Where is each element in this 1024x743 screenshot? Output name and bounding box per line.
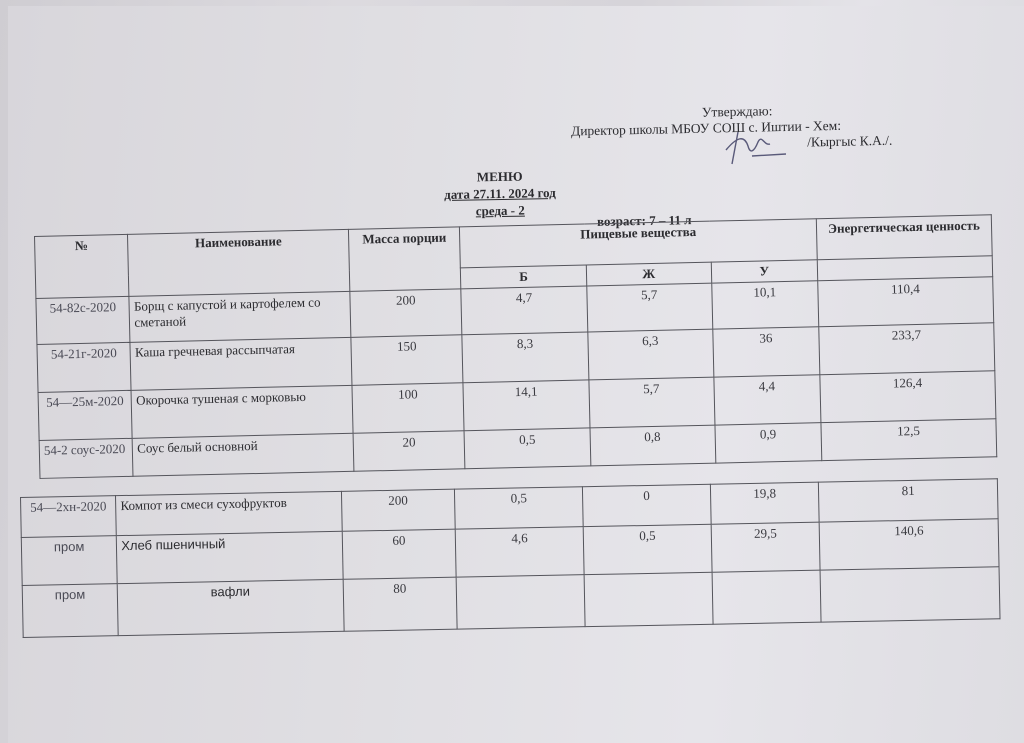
cell-mass: 20 bbox=[353, 431, 465, 472]
cell-name: Соус белый основной bbox=[132, 433, 353, 476]
cell-mass: 200 bbox=[350, 289, 462, 338]
cell-b: 4,7 bbox=[461, 286, 587, 335]
cell-name: Хлеб пшеничный bbox=[117, 531, 343, 583]
cell-mass: 100 bbox=[352, 383, 464, 434]
col-header-energy: Энергетическая ценность bbox=[816, 215, 992, 260]
cell-code: 54-82с-2020 bbox=[36, 296, 130, 344]
cell-energy: 110,4 bbox=[818, 277, 994, 327]
menu-table: № Наименование Масса порции Пищевые веще… bbox=[34, 214, 997, 479]
col-header-name: Наименование bbox=[128, 229, 350, 296]
cell-zh bbox=[584, 572, 713, 626]
cell-zh: 0,8 bbox=[590, 425, 716, 466]
title-block: МЕНЮ дата 27.11. 2024 год среда - 2 bbox=[410, 166, 591, 220]
cell-u: 4,4 bbox=[714, 375, 821, 425]
cell-code: пром bbox=[21, 536, 117, 586]
cell-zh: 0,5 bbox=[583, 524, 712, 574]
cell-code: 54—25м-2020 bbox=[38, 390, 132, 440]
cell-zh: 0 bbox=[583, 484, 712, 526]
cell-u: 0,9 bbox=[715, 423, 822, 463]
cell-name: вафли bbox=[117, 579, 343, 635]
cell-code: 54-2 соус-2020 bbox=[39, 438, 133, 478]
cell-name: Каша гречневая рассыпчатая bbox=[130, 337, 352, 390]
col-header-u: У bbox=[711, 260, 818, 283]
cell-b: 0,5 bbox=[464, 428, 590, 469]
col-header-mass: Масса порции bbox=[348, 227, 461, 292]
cell-code: 54-21г-2020 bbox=[37, 342, 131, 392]
cell-name: Окорочка тушеная с морковью bbox=[131, 385, 353, 438]
col-header-b: Б bbox=[461, 265, 587, 289]
cell-zh: 5,7 bbox=[586, 283, 712, 332]
cell-b: 14,1 bbox=[463, 380, 589, 431]
cell-code: 54—2хн-2020 bbox=[21, 496, 117, 538]
cell-u bbox=[712, 570, 821, 624]
cell-b: 0,5 bbox=[455, 487, 584, 529]
cell-mass: 60 bbox=[342, 529, 457, 579]
cell-energy: 126,4 bbox=[820, 371, 996, 423]
menu-day: среда - 2 bbox=[410, 200, 590, 220]
cell-zh: 6,3 bbox=[587, 329, 713, 380]
cell-u: 29,5 bbox=[711, 522, 820, 572]
cell-energy: 81 bbox=[819, 479, 999, 522]
cell-b: 4,6 bbox=[456, 527, 585, 577]
cell-u: 36 bbox=[713, 327, 820, 377]
cell-energy: 12,5 bbox=[821, 419, 997, 461]
cell-code: пром bbox=[22, 584, 118, 638]
cell-energy: 140,6 bbox=[819, 519, 999, 570]
cell-b: 8,3 bbox=[462, 332, 588, 383]
signature-icon bbox=[718, 128, 788, 166]
cell-mass: 150 bbox=[351, 335, 463, 386]
cell-u: 19,8 bbox=[710, 482, 819, 524]
cell-name: Компот из смеси сухофруктов bbox=[116, 491, 342, 535]
menu-table-continued: 54—2хн-2020Компот из смеси сухофруктов20… bbox=[20, 478, 1001, 638]
col-header-no: № bbox=[35, 234, 130, 298]
cell-mass: 200 bbox=[341, 489, 455, 531]
cell-name: Борщ с капустой и картофелем со сметаной bbox=[129, 291, 351, 342]
cell-mass: 80 bbox=[343, 577, 458, 631]
cell-zh: 5,7 bbox=[589, 377, 715, 428]
cell-b bbox=[456, 575, 585, 629]
cell-u: 10,1 bbox=[712, 281, 819, 329]
col-header-zh: Ж bbox=[586, 262, 712, 286]
cell-energy: 233,7 bbox=[819, 323, 995, 375]
cell-energy bbox=[820, 567, 1000, 622]
